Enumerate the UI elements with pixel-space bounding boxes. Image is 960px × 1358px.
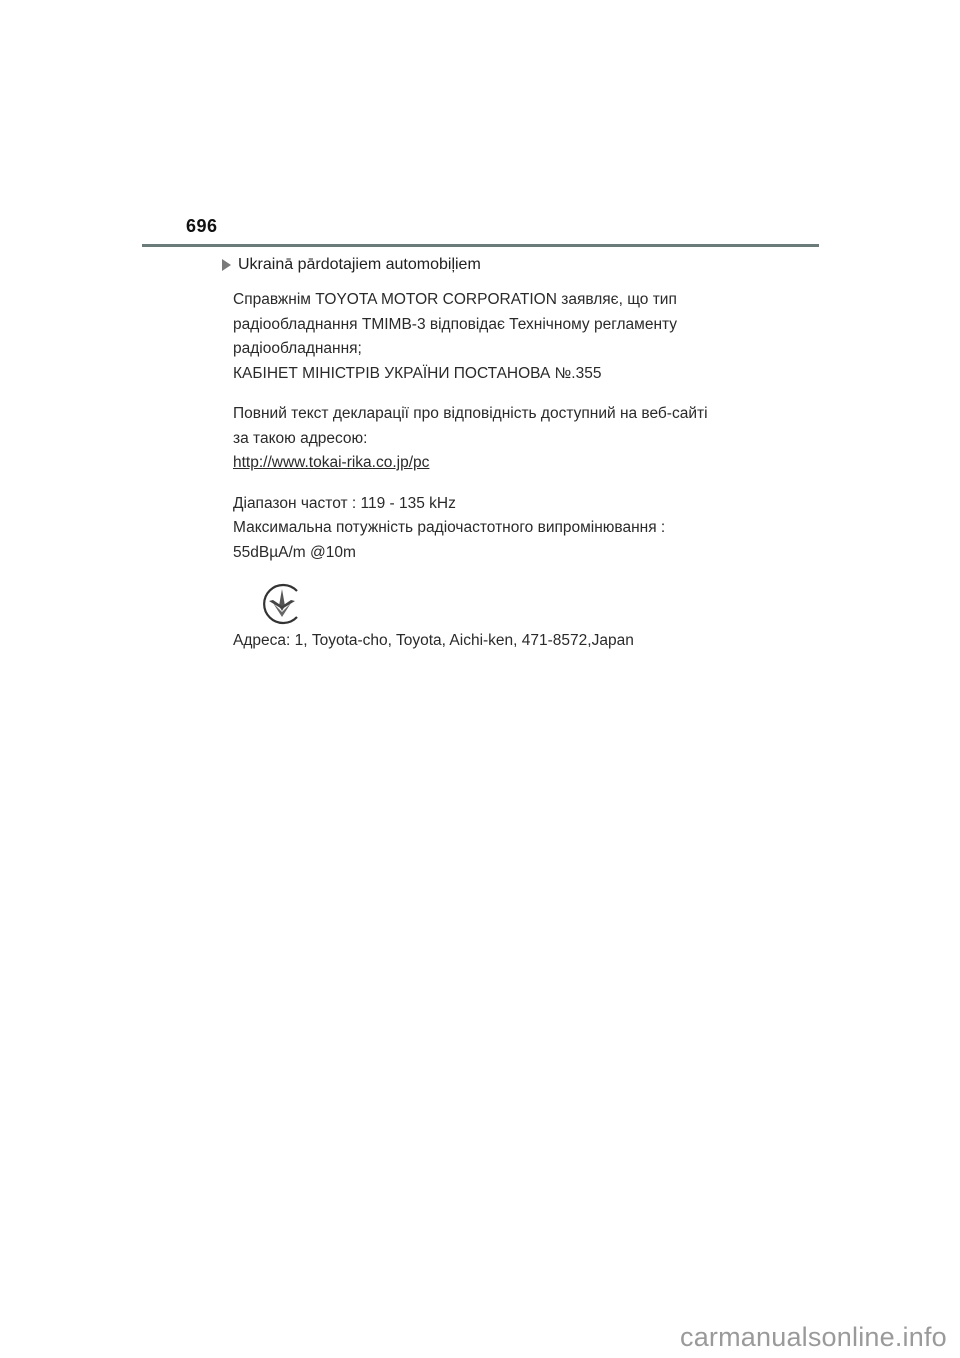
full-text-line: Повний текст декларації про відповідніст… [233, 402, 793, 427]
specs-paragraph: Діапазон частот : 119 - 135 kHz Максимал… [233, 492, 793, 566]
manufacturer-address: Адреса: 1, Toyota-cho, Toyota, Aichi-ken… [233, 629, 793, 654]
declaration-url-link[interactable]: http://www.tokai-rika.co.jp/pc [233, 454, 429, 471]
declaration-line: радіообладнання; [233, 337, 793, 362]
frequency-range: Діапазон частот : 119 - 135 kHz [233, 492, 793, 517]
full-text-line: за такою адресою: [233, 427, 793, 452]
declaration-line: КАБІНЕТ МІНІСТРІВ УКРАЇНИ ПОСТАНОВА №.35… [233, 362, 793, 387]
declaration-line: Справжнім TOYOTA MOTOR CORPORATION заявл… [233, 288, 793, 313]
declaration-paragraph: Справжнім TOYOTA MOTOR CORPORATION заявл… [233, 288, 793, 386]
triangle-right-icon [222, 259, 231, 271]
document-body: Справжнім TOYOTA MOTOR CORPORATION заявл… [233, 288, 793, 654]
declaration-line: радіообладнання TMIMB-3 відповідає Техні… [233, 313, 793, 338]
full-text-paragraph: Повний текст декларації про відповідніст… [233, 402, 793, 476]
max-power-value: 55dBµA/m @10m [233, 541, 793, 566]
watermark: carmanualsonline.info [680, 1322, 947, 1353]
section-heading-text: Ukrainā pārdotajiem automobiļiem [238, 256, 481, 274]
header-divider [142, 244, 819, 247]
max-power-label: Максимальна потужність радіочастотного в… [233, 516, 793, 541]
page-number: 696 [186, 216, 218, 237]
section-heading: Ukrainā pārdotajiem automobiļiem [222, 256, 481, 274]
ukraine-conformity-mark-icon [257, 579, 307, 629]
